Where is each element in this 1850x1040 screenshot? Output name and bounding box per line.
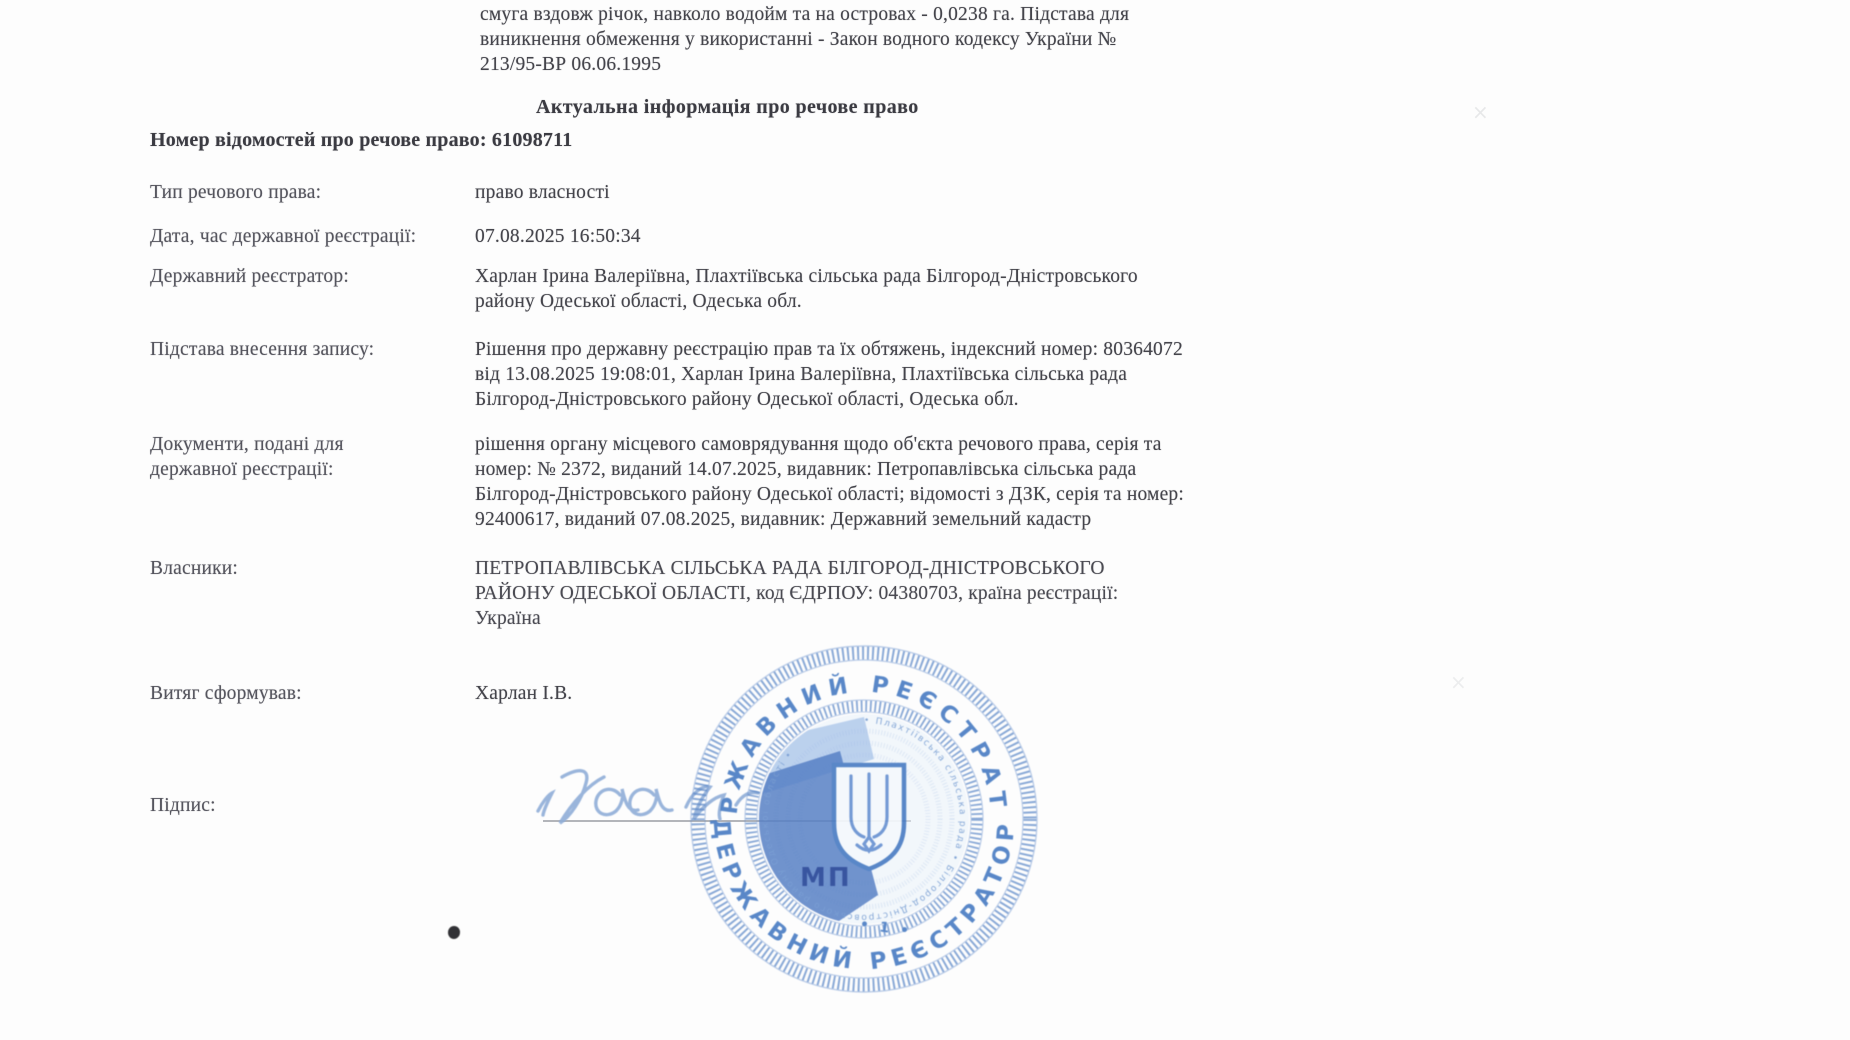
field-label-registrar: Державний реєстратор: — [150, 264, 480, 289]
section-heading: Актуальна інформація про речове право — [536, 95, 919, 120]
ink-dot-artifact — [448, 926, 460, 939]
document-scan: смуга вздовж річок, навколо водойм та на… — [0, 0, 1850, 1040]
field-value-submitted-documents: рішення органу місцевого самоврядування … — [475, 432, 1325, 532]
intro-paragraph: смуга вздовж річок, навколо водойм та на… — [480, 2, 1280, 77]
field-value-registration-datetime: 07.08.2025 16:50:34 — [475, 224, 1325, 249]
record-number-line: Номер відомостей про речове право: 61098… — [150, 128, 572, 153]
field-label-submitted-documents: Документи, подані для державної реєстрац… — [150, 432, 480, 482]
stamp-seal-mark: МП — [800, 863, 852, 893]
scan-smudge-top: × — [1472, 100, 1489, 124]
trident-shield-icon — [834, 765, 904, 869]
scan-smudge-bottom: × — [1450, 670, 1467, 694]
field-label-record-basis: Підстава внесення запису: — [150, 337, 480, 362]
field-value-type: право власності — [475, 180, 1325, 205]
field-value-registrar: Харлан Ірина Валеріївна, Плахтіївська сі… — [475, 264, 1325, 314]
field-label-signature: Підпис: — [150, 793, 480, 818]
field-value-owners: ПЕТРОПАВЛІВСЬКА СІЛЬСЬКА РАДА БІЛГОРОД-Д… — [475, 556, 1325, 631]
field-value-record-basis: Рішення про державну реєстрацію прав та … — [475, 337, 1325, 412]
field-label-type: Тип речового права: — [150, 180, 480, 205]
field-label-extract-author: Витяг сформував: — [150, 681, 480, 706]
field-label-owners: Власники: — [150, 556, 480, 581]
field-label-registration-datetime: Дата, час державної реєстрації: — [150, 224, 480, 249]
official-round-stamp: ДЕРЖАВНИЙ РЕЄСТРАТОР ДЕРЖАВНИЙ РЕЄСТРАТО… — [688, 643, 1040, 995]
